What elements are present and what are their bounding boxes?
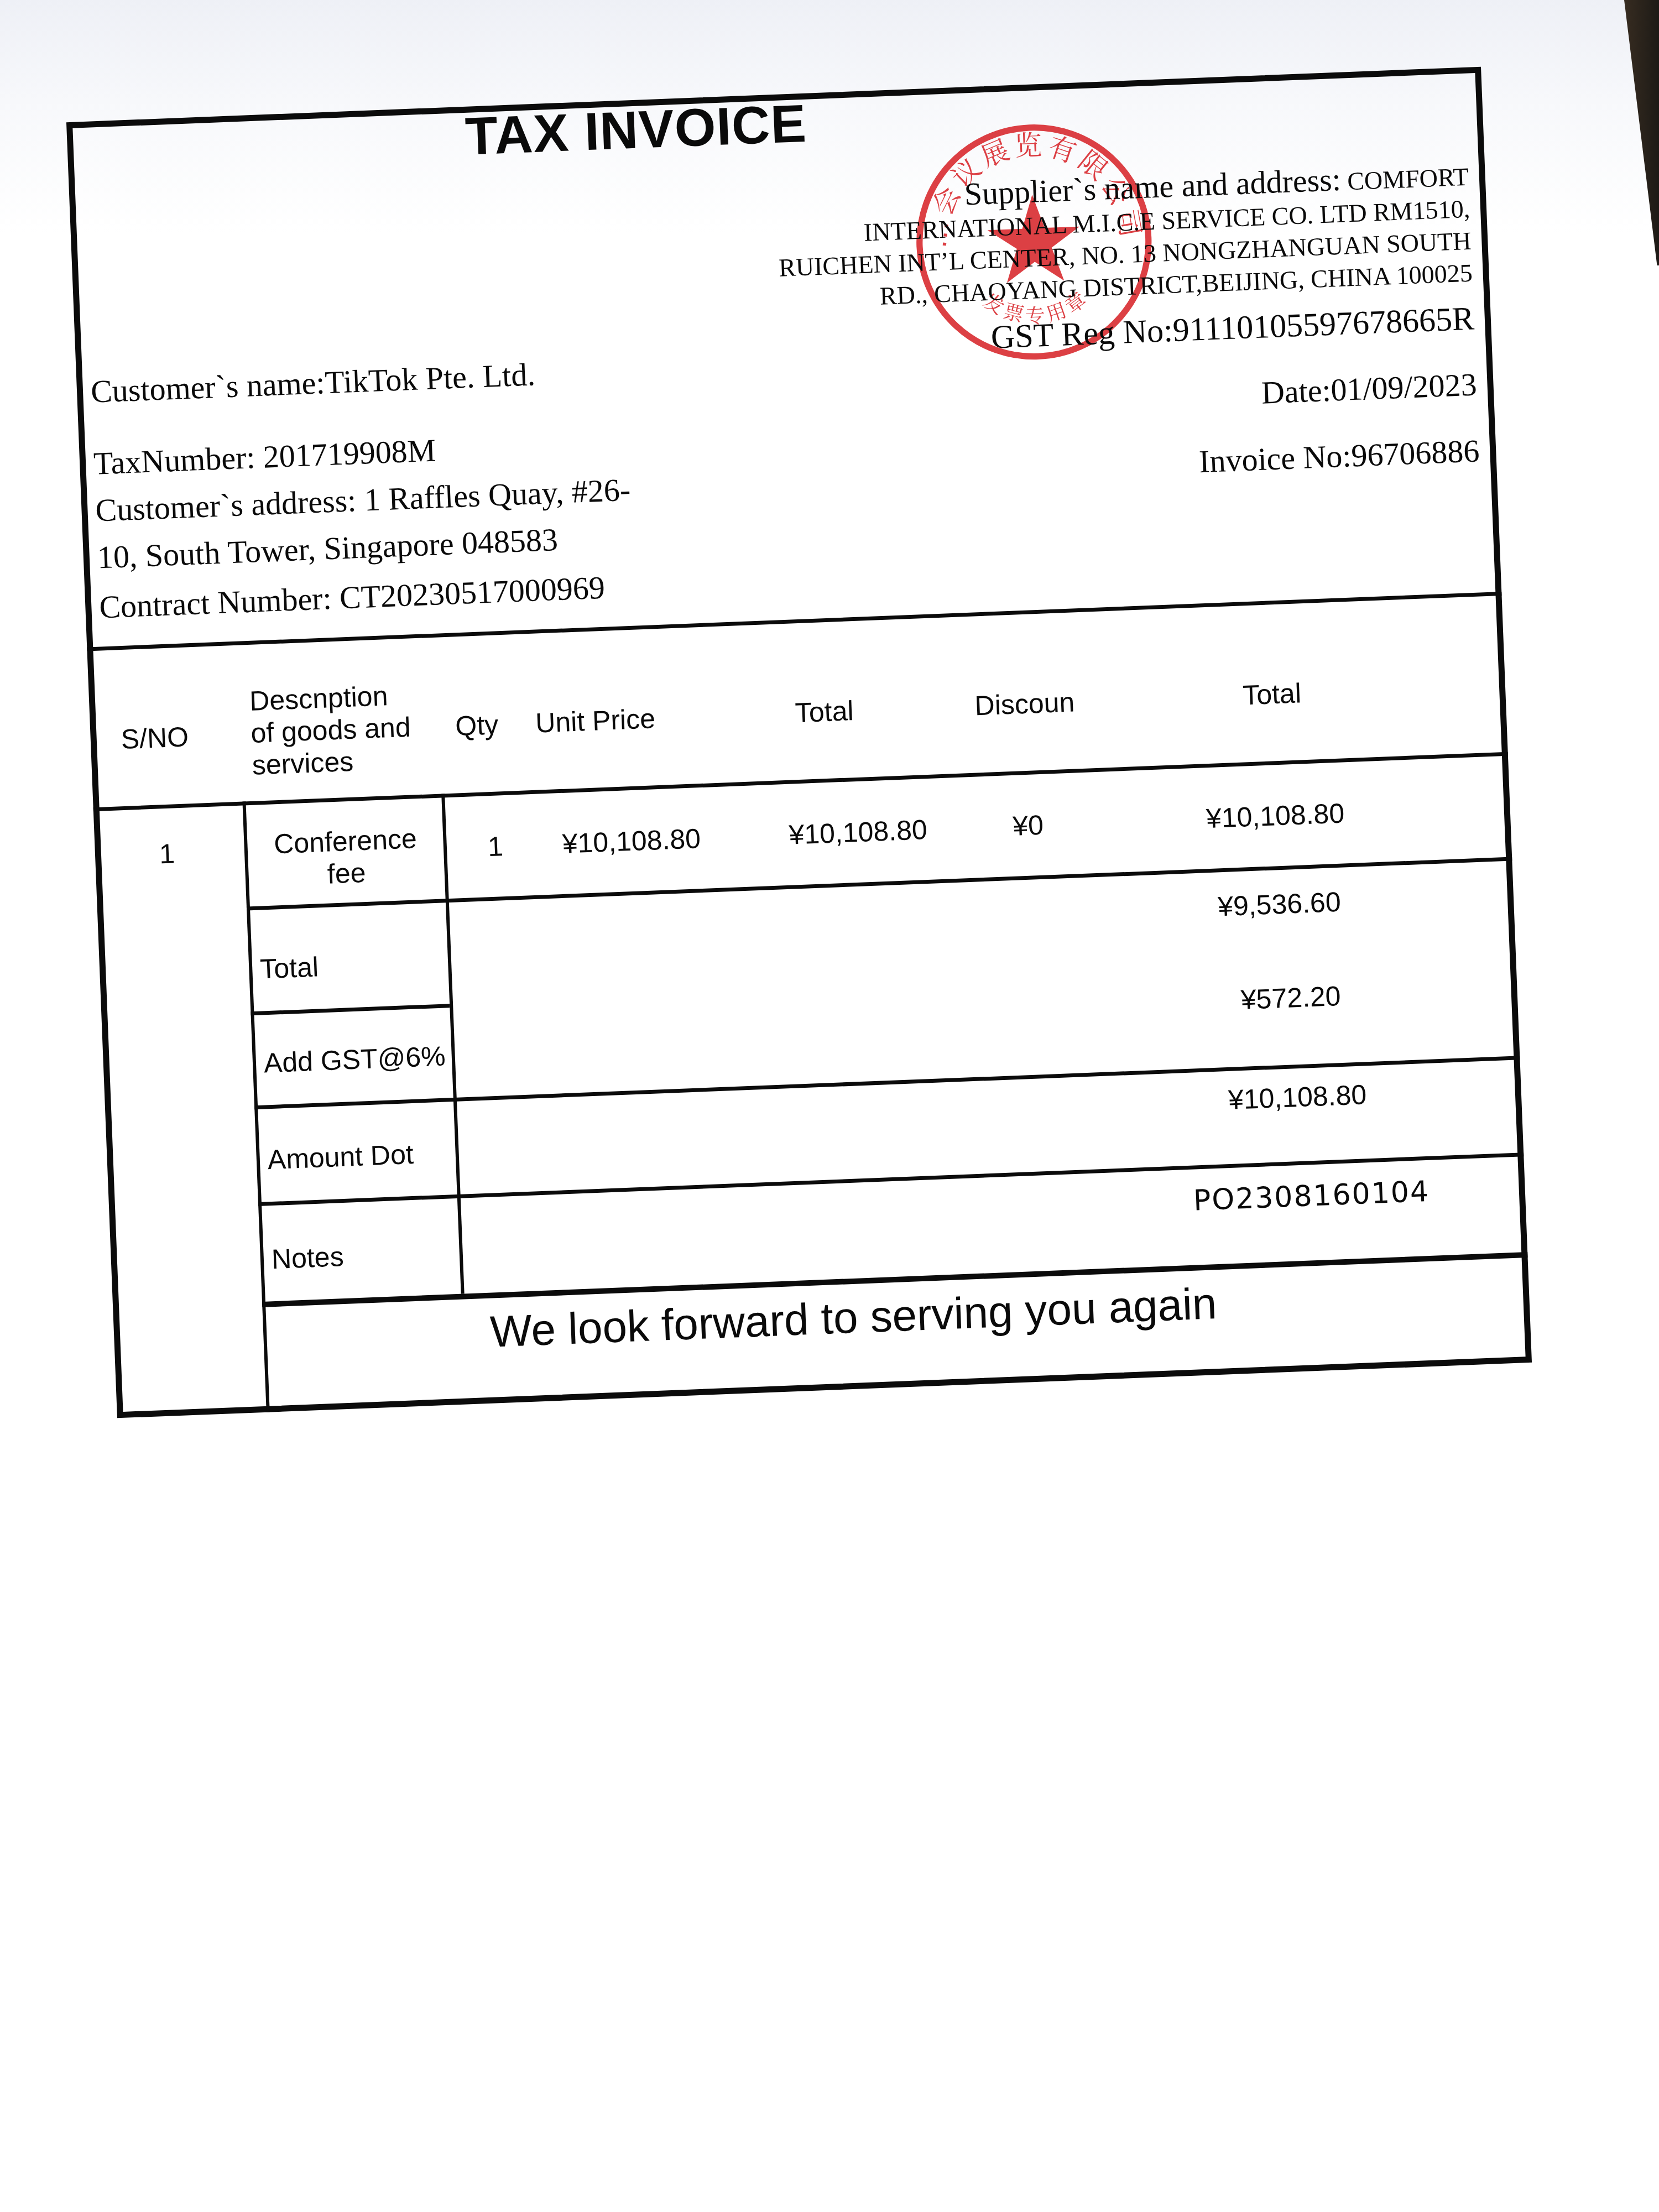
row-unit-price: ¥10,108.80 <box>562 822 701 860</box>
row-discount: ¥0 <box>1012 809 1044 842</box>
header-total: Total <box>795 695 854 729</box>
row-total: ¥10,108.80 <box>788 813 927 851</box>
row-qty: 1 <box>487 830 504 863</box>
summary-total-label: Total <box>259 951 319 985</box>
supplier-block: Supplier`s name and address: COMFORT INT… <box>771 159 1473 316</box>
supplier-line-0: COMFORT <box>1347 163 1469 196</box>
row-description: Conference fee <box>247 821 445 893</box>
summary-notes-label: Notes <box>271 1240 345 1275</box>
header-description: Descnption of goods and services <box>249 679 413 781</box>
header-qty: Qty <box>455 708 499 742</box>
row-sno: 1 <box>117 836 217 872</box>
summary-gst-value: ¥572.20 <box>1240 980 1342 1016</box>
summary-total-value: ¥9,536.60 <box>1217 886 1342 923</box>
header-description-line3: services <box>252 743 413 781</box>
row-line-total: ¥10,108.80 <box>1206 797 1345 834</box>
header-line-total: Total <box>1242 677 1302 711</box>
invoice-document: TAX INVOICE …会议展览有限公司 发票专用章 Supplier`s n… <box>66 67 1532 1418</box>
header-sno: S/NO <box>121 721 189 755</box>
header-description-line2: of goods and <box>250 711 411 749</box>
header-unit-price: Unit Price <box>535 702 656 739</box>
summary-amount-value: ¥10,108.80 <box>1228 1078 1367 1116</box>
summary-amount-label: Amount Dot <box>267 1138 414 1176</box>
header-discount: Discoun <box>974 686 1076 722</box>
